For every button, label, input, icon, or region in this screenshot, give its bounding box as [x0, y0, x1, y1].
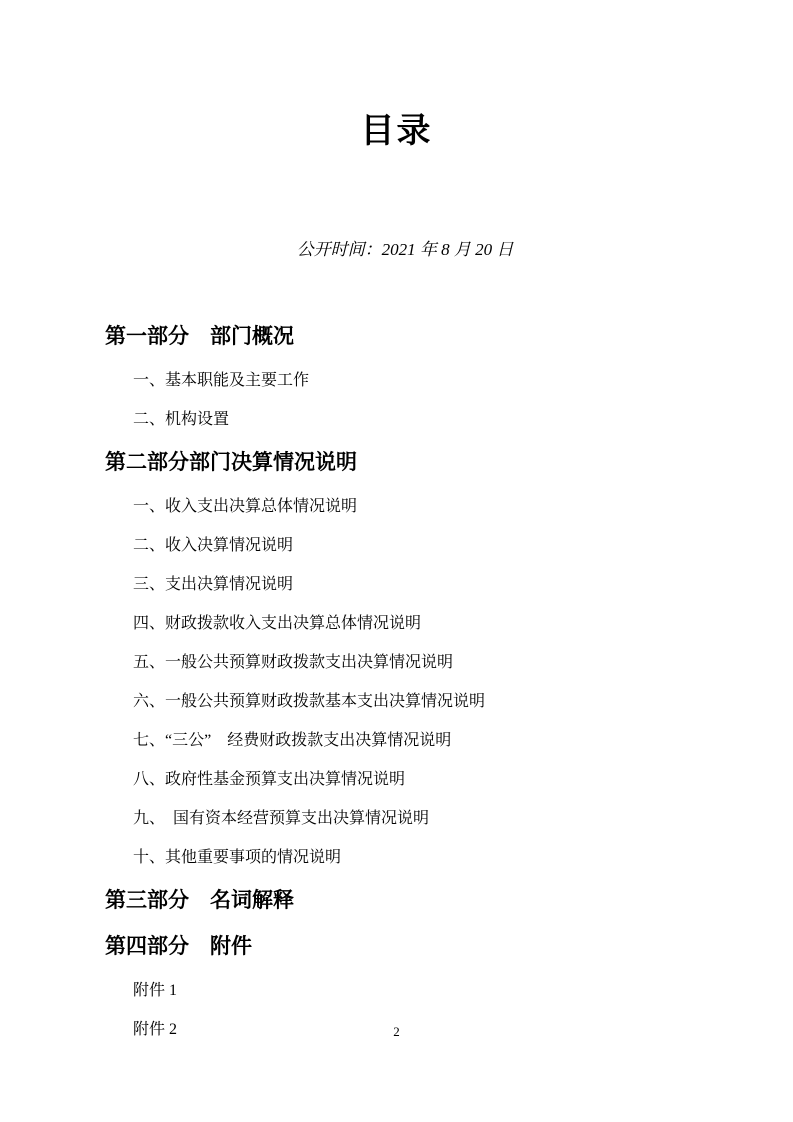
toc-part-heading: 第四部分 附件 [105, 932, 793, 962]
publish-time-line: 公开时间：2021 年 8 月 20 日 [0, 214, 793, 286]
toc-item: 十、其他重要事项的情况说明 [105, 847, 793, 868]
toc-item: 一、收入支出决算总体情况说明 [105, 496, 793, 517]
toc-item: 二、机构设置 [105, 409, 793, 430]
toc-attachment-item: 附件 1 [105, 980, 793, 1001]
toc-item: 六、一般公共预算财政拨款基本支出决算情况说明 [105, 691, 793, 712]
document-title: 目录 [0, 112, 793, 150]
publish-time-date: 2021 年 8 月 20 日 [382, 240, 514, 259]
page-number: 2 [0, 1024, 793, 1040]
toc-item: 一、基本职能及主要工作 [105, 370, 793, 391]
publish-time-label: 公开时间： [297, 240, 382, 259]
toc-part-heading: 第三部分 名词解释 [105, 886, 793, 916]
toc-item: 七、“三公” 经费财政拨款支出决算情况说明 [105, 730, 793, 751]
toc-item: 九、 国有资本经营预算支出决算情况说明 [105, 808, 793, 829]
toc-item: 三、支出决算情况说明 [105, 574, 793, 595]
toc-part-heading: 第二部分部门决算情况说明 [105, 448, 793, 478]
toc-item: 二、收入决算情况说明 [105, 535, 793, 556]
toc-item: 八、政府性基金预算支出决算情况说明 [105, 769, 793, 790]
toc-item: 五、一般公共预算财政拨款支出决算情况说明 [105, 652, 793, 673]
document-page: 目录 公开时间：2021 年 8 月 20 日 第一部分 部门概况一、基本职能及… [0, 0, 793, 1122]
toc-part-heading: 第一部分 部门概况 [105, 322, 793, 352]
toc-item: 四、财政拨款收入支出决算总体情况说明 [105, 613, 793, 634]
toc-list: 第一部分 部门概况一、基本职能及主要工作二、机构设置第二部分部门决算情况说明一、… [0, 322, 793, 1040]
